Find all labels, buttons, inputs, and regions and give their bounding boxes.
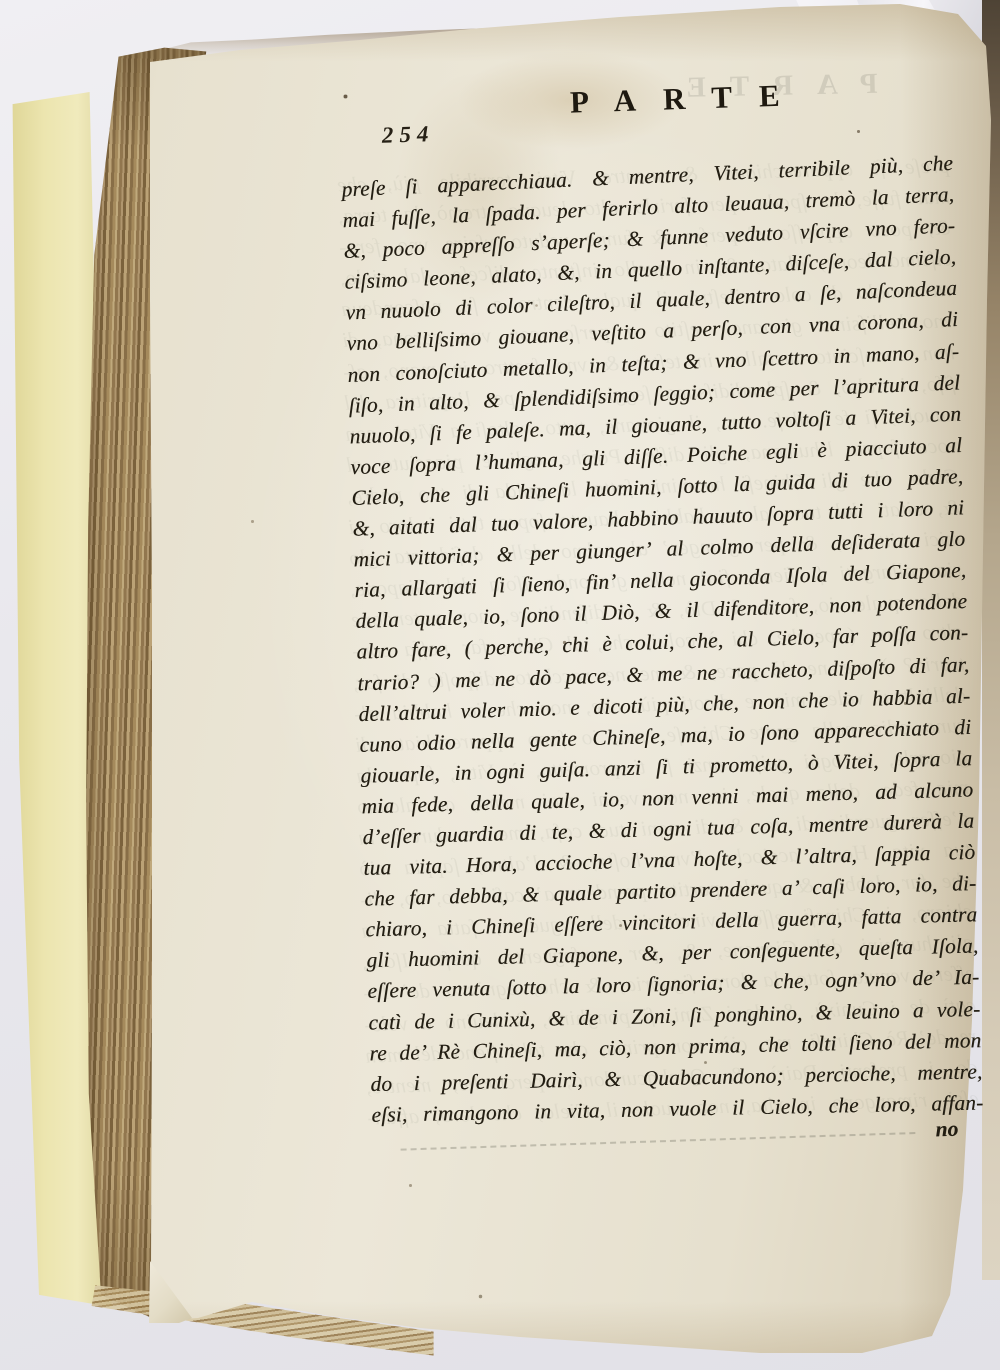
text-lines: preſe ſi apparecchiaua. & mentre, Vitei,… xyxy=(341,151,984,1134)
book-photo: PARTE preſe ſi apparecchiaua. & mentre, … xyxy=(0,0,1000,1370)
text-block: 254 PARTE preſe ſi apparecchiaua. & ment… xyxy=(338,68,984,1160)
paper-specks xyxy=(0,0,1,1)
catchword: no xyxy=(935,1117,959,1143)
